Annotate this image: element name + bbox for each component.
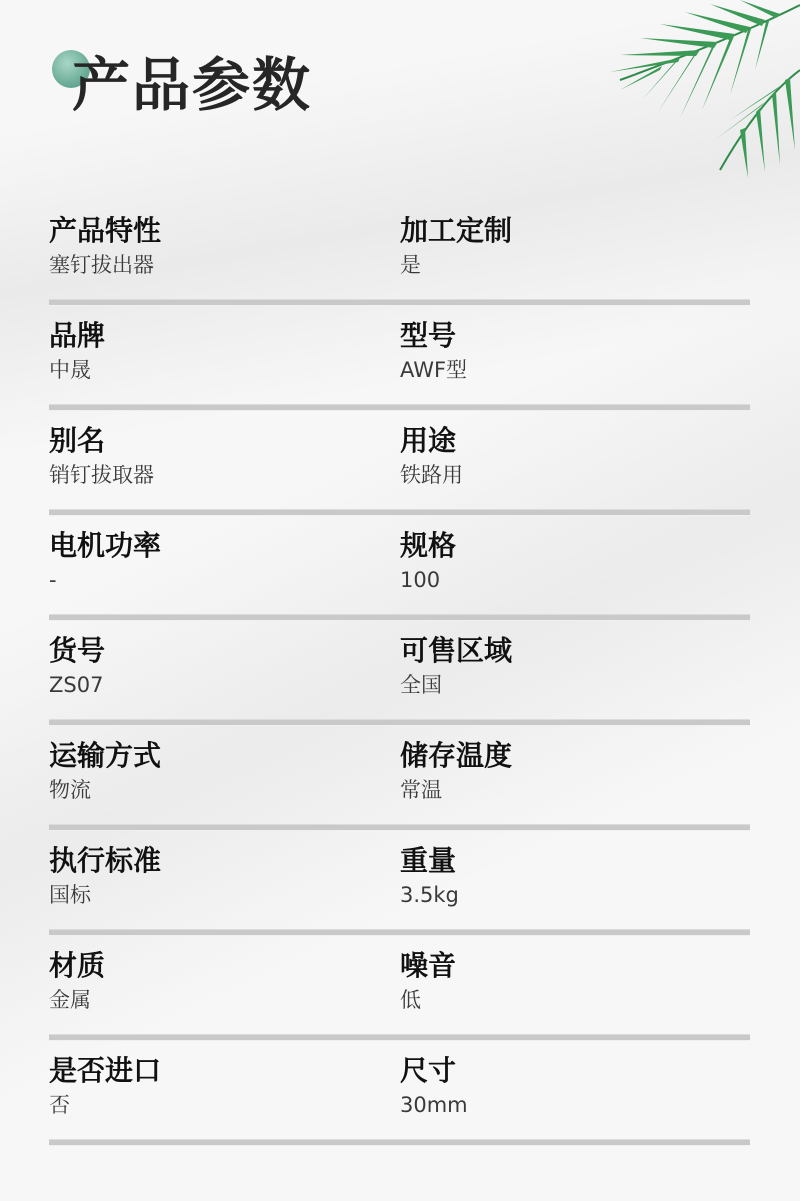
param-row: 品牌 中晟 型号 AWF型: [49, 305, 750, 410]
param-label: 执行标准: [49, 842, 161, 880]
param-value: 中晟: [49, 355, 105, 385]
param-label: 加工定制: [400, 212, 512, 250]
param-value: 塞钉拔出器: [49, 250, 161, 280]
param-row: 别名 销钉拔取器 用途 铁路用: [49, 410, 750, 515]
param-label: 型号: [400, 317, 467, 355]
param-cell: 运输方式 物流: [49, 737, 161, 805]
param-label: 是否进口: [49, 1052, 161, 1090]
param-cell: 执行标准 国标: [49, 842, 161, 910]
param-cell: 规格 100: [400, 527, 456, 595]
param-cell: 产品特性 塞钉拔出器: [49, 212, 161, 280]
param-cell: 储存温度 常温: [400, 737, 512, 805]
row-divider: [49, 1139, 750, 1145]
param-label: 货号: [49, 632, 105, 670]
param-row: 货号 ZS07 可售区域 全国: [49, 620, 750, 725]
param-row: 材质 金属 噪音 低: [49, 935, 750, 1040]
param-label: 别名: [49, 422, 154, 460]
param-value: ZS07: [49, 670, 105, 700]
param-row: 产品特性 塞钉拔出器 加工定制 是: [49, 200, 750, 305]
palm-leaf-icon: [580, 0, 800, 180]
param-label: 电机功率: [49, 527, 161, 565]
params-table: 产品特性 塞钉拔出器 加工定制 是 品牌 中晟 型号 AWF型 别名 销钉拔取器…: [49, 200, 750, 1145]
param-label: 运输方式: [49, 737, 161, 775]
param-label: 可售区域: [400, 632, 512, 670]
param-cell: 重量 3.5kg: [400, 842, 459, 910]
param-value: 物流: [49, 775, 161, 805]
param-label: 产品特性: [49, 212, 161, 250]
param-cell: 用途 铁路用: [400, 422, 463, 490]
param-label: 品牌: [49, 317, 105, 355]
param-cell: 尺寸 30mm: [400, 1052, 468, 1120]
param-value: 国标: [49, 880, 161, 910]
param-label: 用途: [400, 422, 463, 460]
param-cell: 品牌 中晟: [49, 317, 105, 385]
param-label: 储存温度: [400, 737, 512, 775]
param-row: 是否进口 否 尺寸 30mm: [49, 1040, 750, 1145]
param-row: 运输方式 物流 储存温度 常温: [49, 725, 750, 830]
param-cell: 是否进口 否: [49, 1052, 161, 1120]
param-cell: 材质 金属: [49, 947, 105, 1015]
param-value: 全国: [400, 670, 512, 700]
param-cell: 电机功率 -: [49, 527, 161, 595]
param-value: 铁路用: [400, 460, 463, 490]
param-value: 3.5kg: [400, 880, 459, 910]
param-label: 重量: [400, 842, 459, 880]
page-title: 产品参数: [72, 56, 312, 114]
param-label: 规格: [400, 527, 456, 565]
param-cell: 型号 AWF型: [400, 317, 467, 385]
param-cell: 加工定制 是: [400, 212, 512, 280]
param-value: 是: [400, 250, 512, 280]
param-cell: 可售区域 全国: [400, 632, 512, 700]
param-value: 30mm: [400, 1090, 468, 1120]
param-label: 材质: [49, 947, 105, 985]
param-cell: 货号 ZS07: [49, 632, 105, 700]
param-row: 执行标准 国标 重量 3.5kg: [49, 830, 750, 935]
param-row: 电机功率 - 规格 100: [49, 515, 750, 620]
param-value: 100: [400, 565, 456, 595]
param-value: -: [49, 565, 161, 595]
param-label: 噪音: [400, 947, 456, 985]
param-value: AWF型: [400, 355, 467, 385]
param-value: 金属: [49, 985, 105, 1015]
param-value: 常温: [400, 775, 512, 805]
param-value: 否: [49, 1090, 161, 1120]
param-label: 尺寸: [400, 1052, 468, 1090]
param-cell: 噪音 低: [400, 947, 456, 1015]
param-cell: 别名 销钉拔取器: [49, 422, 154, 490]
param-value: 低: [400, 985, 456, 1015]
param-value: 销钉拔取器: [49, 460, 154, 490]
